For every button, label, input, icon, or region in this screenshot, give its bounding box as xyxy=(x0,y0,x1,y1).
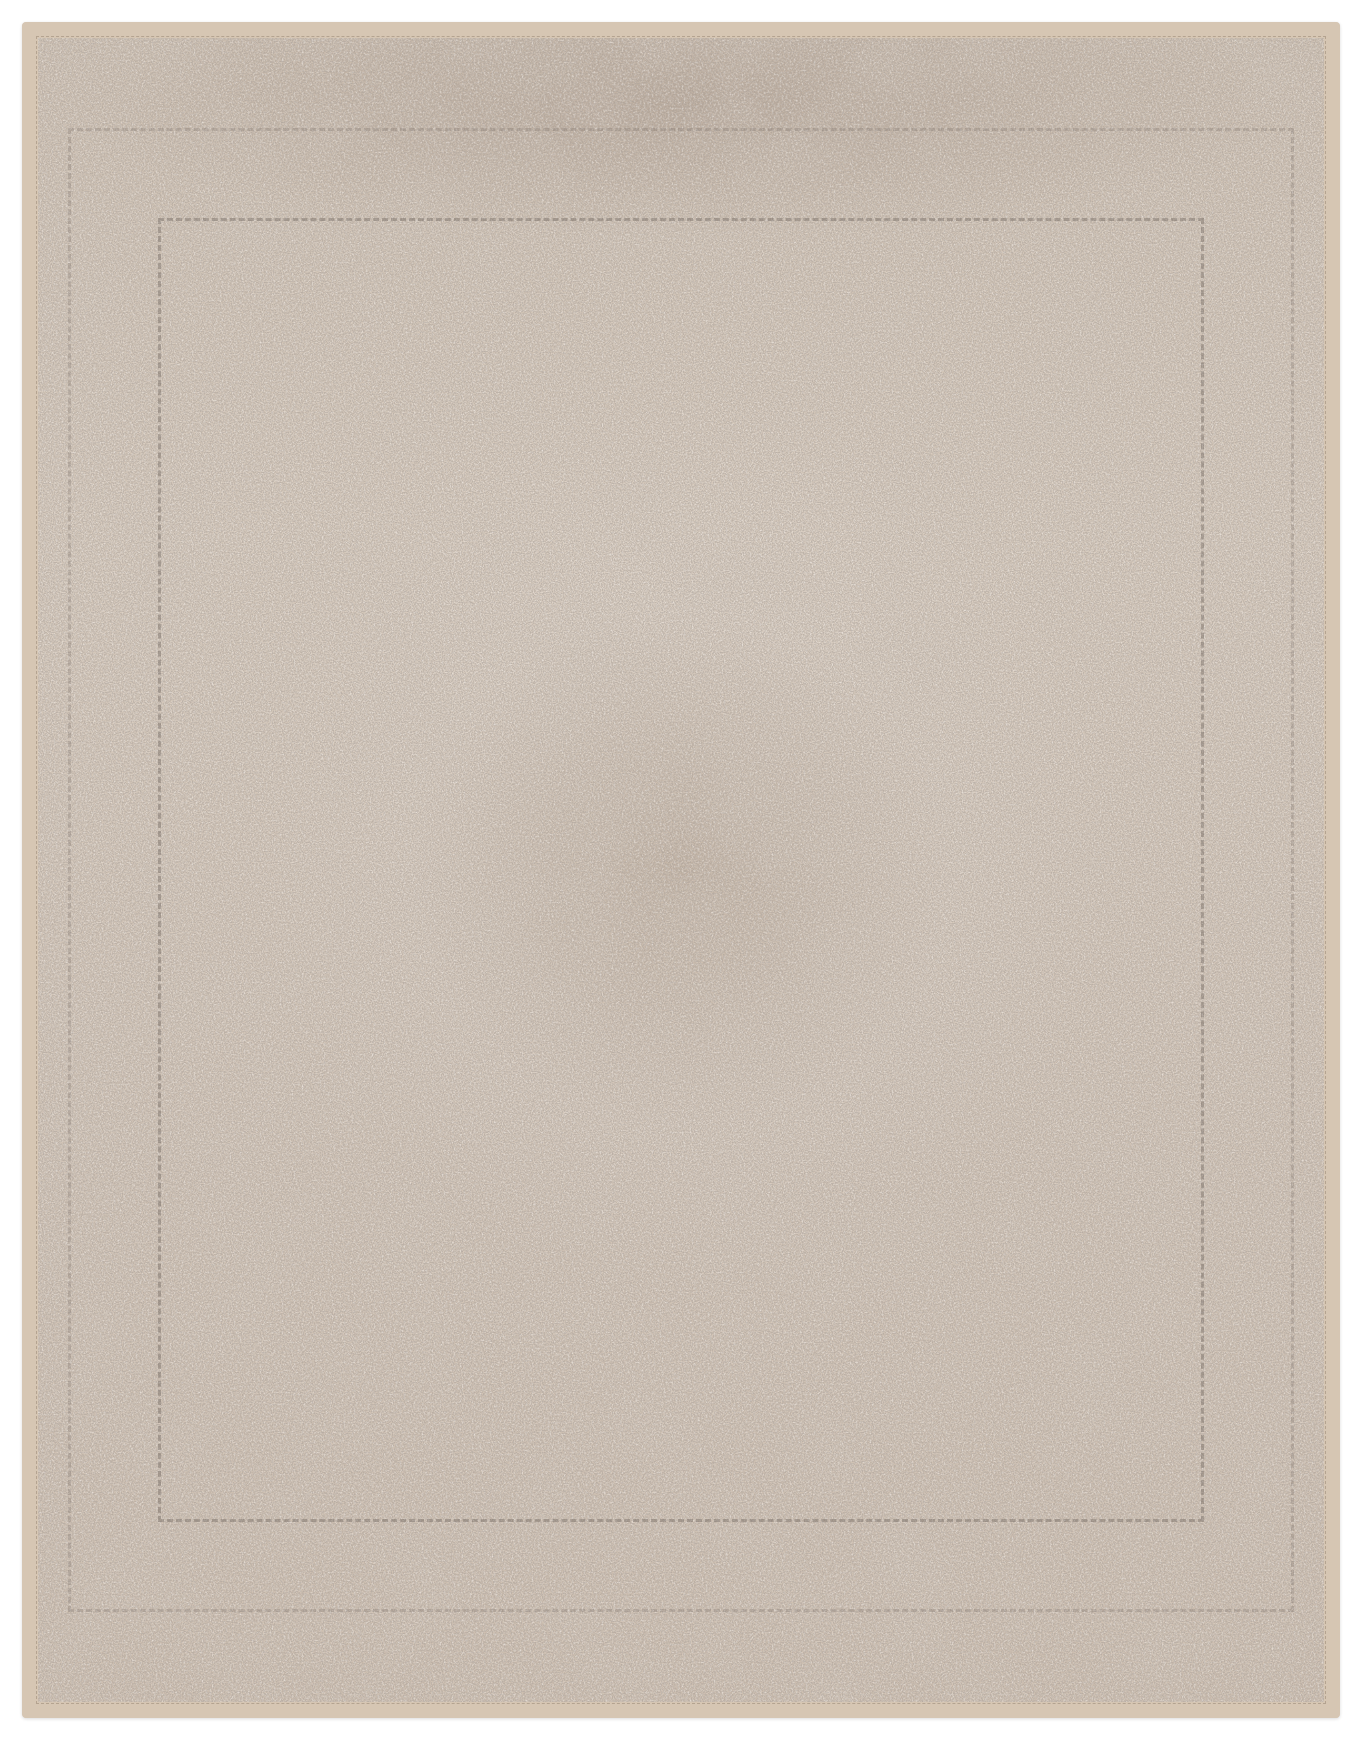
rug xyxy=(22,22,1340,1718)
rug-binding-edge xyxy=(22,22,1340,1718)
